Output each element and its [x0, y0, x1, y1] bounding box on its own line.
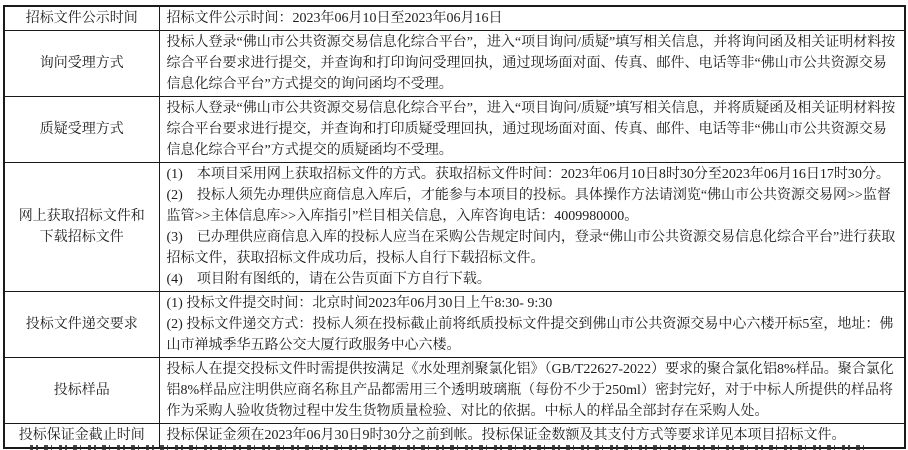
table-row-bid-submission-requirements: 投标文件递交要求 (1) 投标文件提交时间：北京时间2023年06月30日上午8… — [4, 292, 905, 358]
row-content: 招标文件公示时间：2023年06月10日至2023年06月16日 — [159, 6, 905, 31]
row-label: 询问受理方式 — [4, 31, 159, 97]
table-row-online-document-download: 网上获取招标文件和下载招标文件 (1) 本项目采用网上获取招标文件的方式。获取招… — [4, 163, 905, 292]
row-label: 投标文件递交要求 — [4, 292, 159, 358]
row-content: (1) 投标文件提交时间：北京时间2023年06月30日上午8:30- 9:30… — [159, 292, 905, 358]
row-label: 招标文件公示时间 — [4, 6, 159, 31]
table-row-publicity-time: 招标文件公示时间 招标文件公示时间：2023年06月10日至2023年06月16… — [4, 6, 905, 31]
row-label: 质疑受理方式 — [4, 97, 159, 163]
row-content: 投标人登录“佛山市公共资源交易信息化综合平台”，进入“项目询问/质疑”填写相关信… — [159, 31, 905, 97]
row-content: 投标人在提交投标文件时需提供按满足《水处理剂聚氯化铝》（GB/T22627-20… — [159, 358, 905, 424]
row-content: 投标人登录“佛山市公共资源交易信息化综合平台”，进入“项目询问/质疑”填写相关信… — [159, 97, 905, 163]
row-label: 网上获取招标文件和下载招标文件 — [4, 163, 159, 292]
table-row-challenge-method: 质疑受理方式 投标人登录“佛山市公共资源交易信息化综合平台”，进入“项目询问/质… — [4, 97, 905, 163]
clipped-bottom-text — [30, 445, 870, 450]
row-label: 投标样品 — [4, 358, 159, 424]
table-row-inquiry-method: 询问受理方式 投标人登录“佛山市公共资源交易信息化综合平台”，进入“项目询问/质… — [4, 31, 905, 97]
tender-info-table: 招标文件公示时间 招标文件公示时间：2023年06月10日至2023年06月16… — [3, 5, 906, 449]
row-content: (1) 本项目采用网上获取招标文件的方式。获取招标文件时间：2023年06月10… — [159, 163, 905, 292]
table-row-bid-sample: 投标样品 投标人在提交投标文件时需提供按满足《水处理剂聚氯化铝》（GB/T226… — [4, 358, 905, 424]
